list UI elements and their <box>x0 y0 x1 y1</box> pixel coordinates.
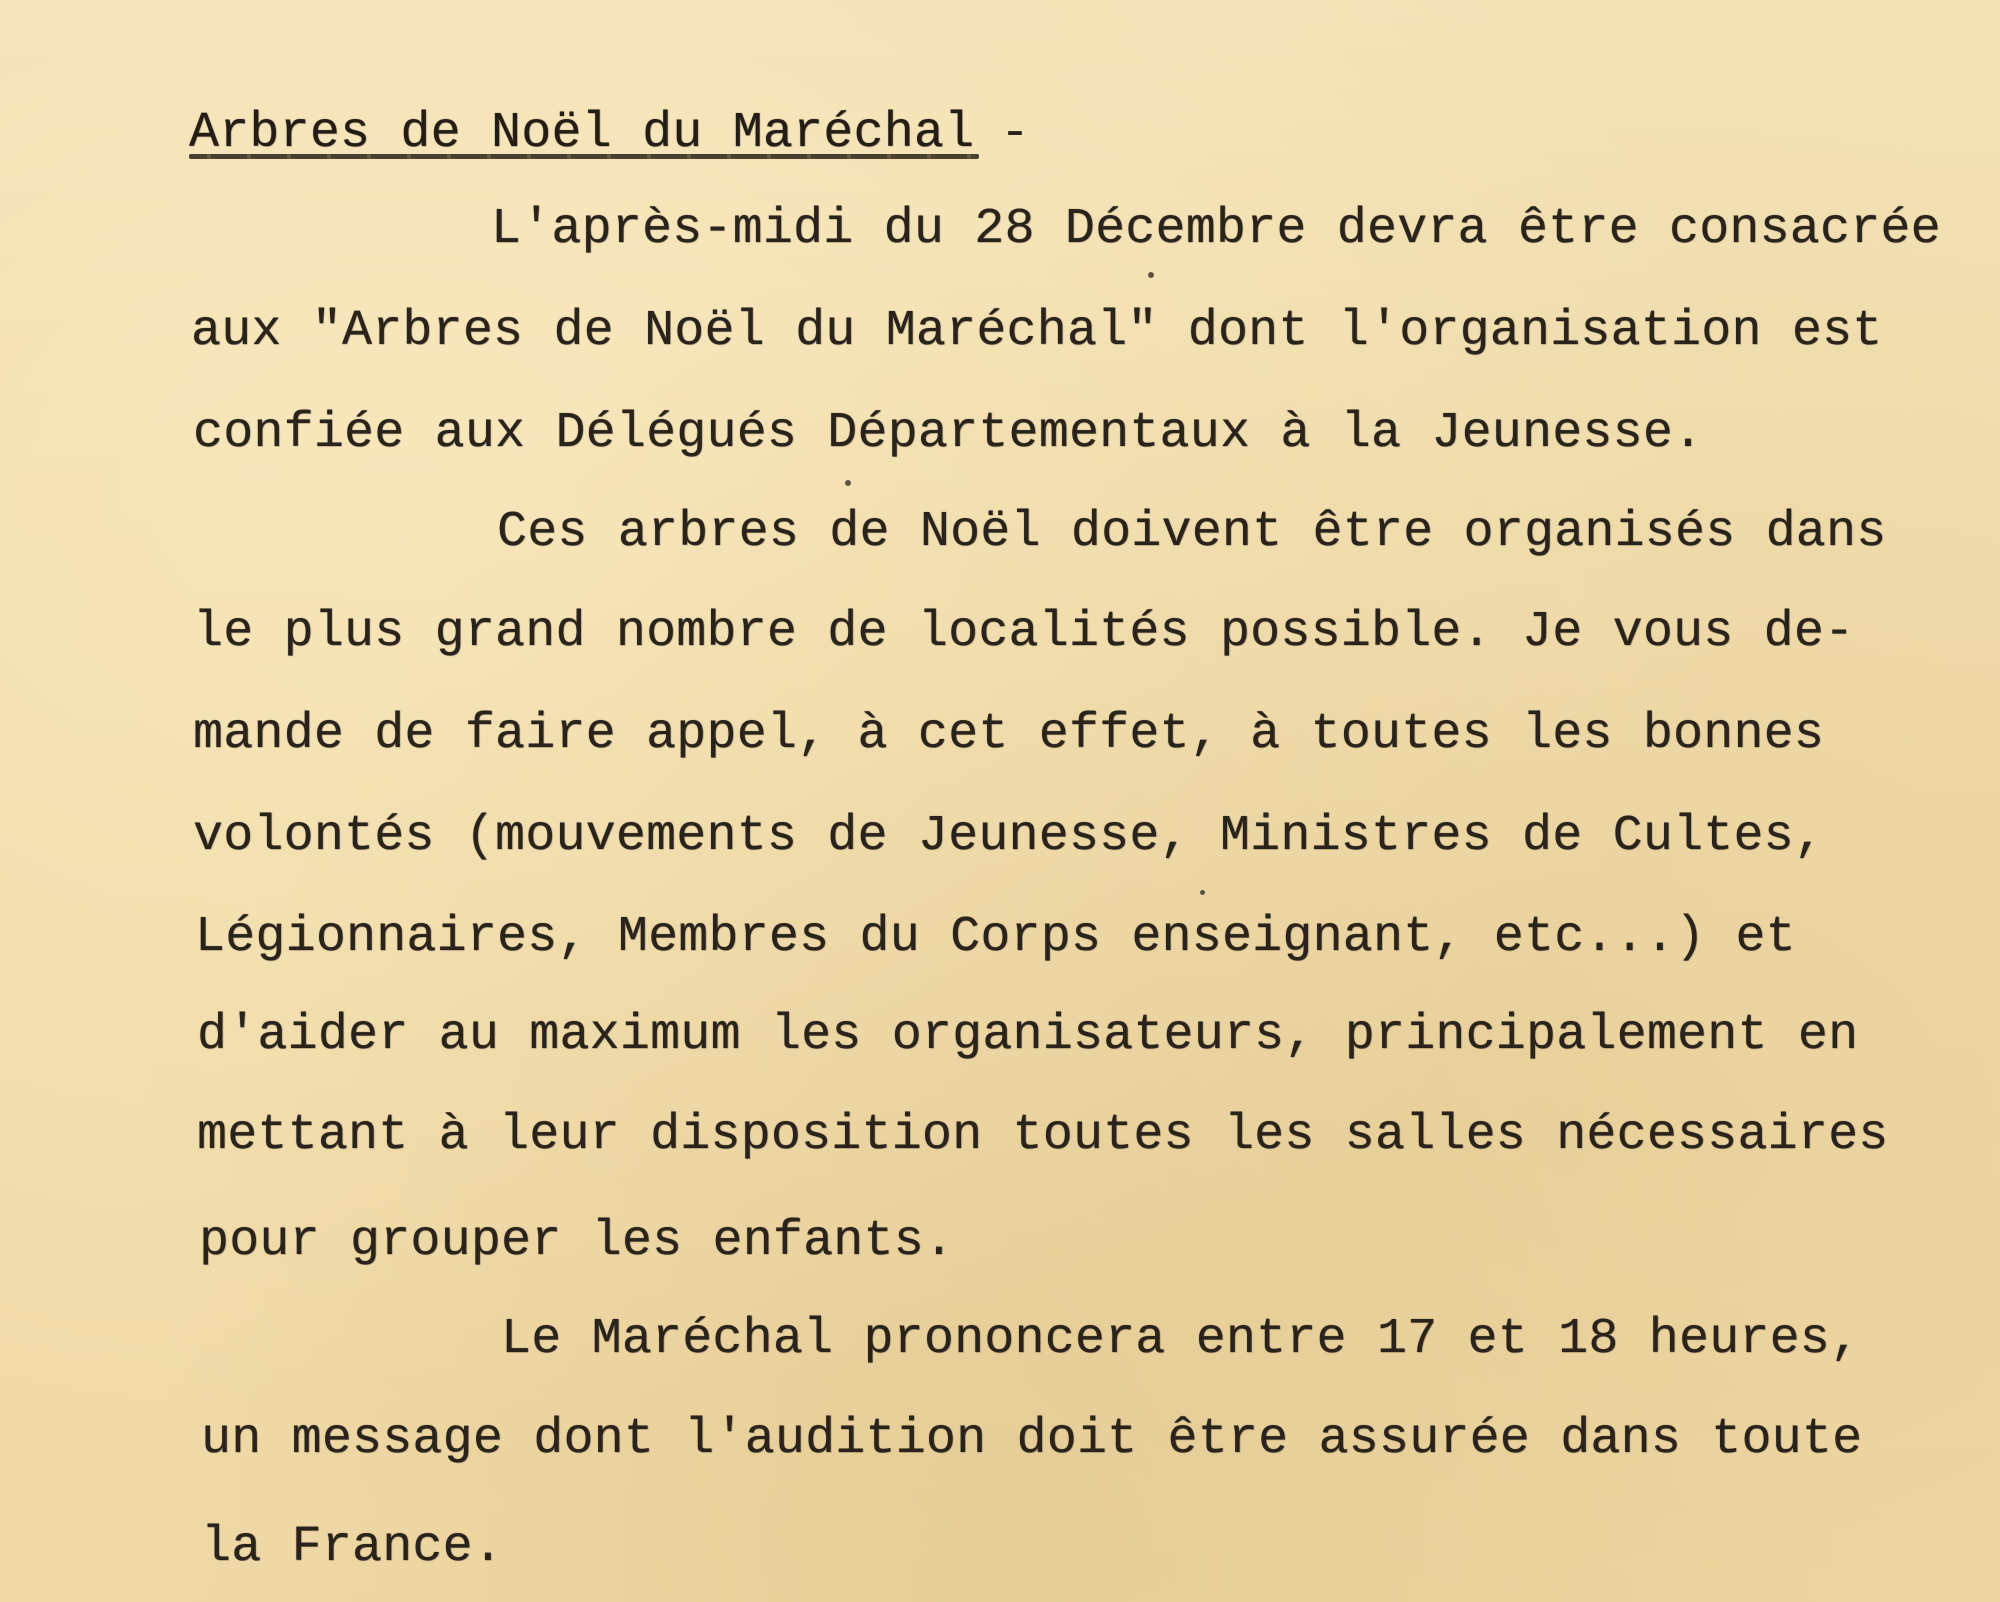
text-line: un message dont l'audition doit être ass… <box>201 1410 1862 1470</box>
text-line: mettant à leur disposition toutes les sa… <box>197 1106 1888 1166</box>
text-line: confiée aux Délégués Départementaux à la… <box>193 404 1703 464</box>
text-line: pour grouper les enfants. <box>199 1212 954 1272</box>
text-line: le plus grand nombre de localités possib… <box>193 603 1854 663</box>
text-line: mande de faire appel, à cet effet, à tou… <box>193 705 1824 765</box>
heading-underline <box>189 154 979 159</box>
ink-speck <box>1200 890 1205 895</box>
ink-speck <box>1148 272 1154 278</box>
text-line: aux "Arbres de Noël du Maréchal" dont l'… <box>191 302 1882 362</box>
heading-dash: - <box>1000 106 1030 163</box>
text-line: volontés (mouvements de Jeunesse, Minist… <box>193 807 1824 867</box>
text-line: L'après-midi du 28 Décembre devra être c… <box>491 200 1941 260</box>
text-line: Ces arbres de Noël doivent être organisé… <box>497 503 1886 563</box>
text-line: la France. <box>201 1518 503 1578</box>
text-line: Légionnaires, Membres du Corps enseignan… <box>195 908 1796 968</box>
text-line: Le Maréchal prononcera entre 17 et 18 he… <box>501 1310 1860 1370</box>
ink-speck <box>845 480 851 486</box>
text-line: d'aider au maximum les organisateurs, pr… <box>197 1006 1858 1066</box>
